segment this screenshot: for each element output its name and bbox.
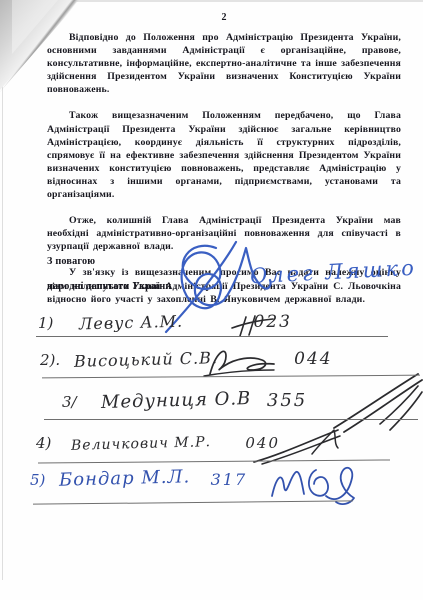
closing-block: З повагою народні депутати України — [47, 256, 172, 292]
entry-2-scribble — [200, 344, 276, 378]
entry-3-card: 355 — [267, 390, 307, 411]
page-number: 2 — [47, 12, 401, 23]
paragraph-2: Також вищезазначеним Положенням передбач… — [47, 109, 401, 201]
entry-1-scribble — [228, 314, 276, 338]
entry-1-name: Левус А.М. — [79, 312, 184, 334]
signature-rule-1 — [36, 336, 388, 337]
entry-5-card: 317 — [211, 470, 248, 489]
scan-left-edge — [2, 60, 3, 580]
entry-2-card: 044 — [294, 349, 332, 369]
entry-5-name: Бондар М.Л. — [59, 466, 191, 490]
entry-3-scribble — [330, 372, 423, 434]
closing-signers: народні депутати України — [47, 281, 172, 292]
closing-regards: З повагою — [47, 256, 172, 267]
entry-5-scribble — [268, 462, 358, 510]
signature-entry-2: 2). Висоцький С.В. 044 — [40, 349, 333, 369]
entry-2-number: 2). — [40, 351, 60, 369]
signature-entry-5: 5) Бондар М.Л. 317 — [30, 468, 247, 489]
signature-entry-3: 3/ Медуниця О.В 355 — [62, 390, 307, 411]
entry-2-name: Висоцький С.В. — [74, 348, 218, 371]
scan-top-edge — [0, 0, 423, 2]
signature-entry-4: 4) Величкович М.Р. 040 — [36, 434, 280, 452]
signature-rule-3 — [44, 419, 418, 420]
entry-3-number: 3/ — [62, 393, 77, 411]
entry-3-name: Медуниця О.В — [100, 388, 251, 413]
scanned-document-page: 2 Відповідно до Положення про Адміністра… — [0, 0, 423, 600]
entry-4-number: 4) — [36, 434, 51, 452]
entry-5-number: 5) — [30, 471, 45, 489]
entry-4-name: Величкович М.Р. — [71, 434, 211, 454]
entry-1-number: 1) — [38, 314, 53, 332]
paragraph-1: Відповідно до Положення про Адміністраці… — [47, 31, 401, 96]
